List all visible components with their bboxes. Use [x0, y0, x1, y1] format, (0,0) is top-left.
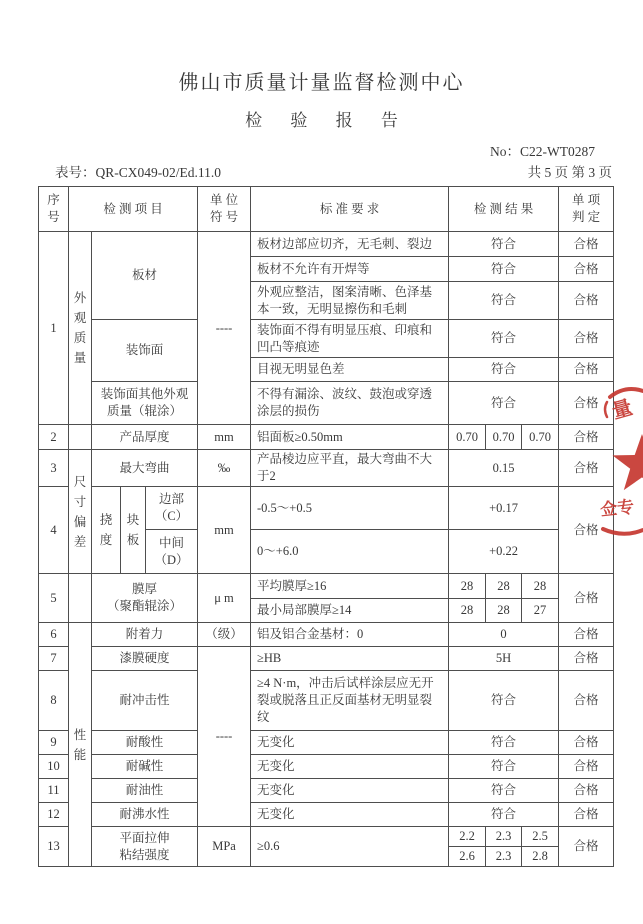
seq-cell: 9 [39, 731, 69, 755]
req-cell: 无变化 [251, 779, 449, 803]
inspection-table: 序 号 检 测 项 目 单 位 符 号 标 准 要 求 检 测 结 果 单 项 … [38, 186, 614, 867]
table-row: 装饰面 装饰面不得有明显压痕、印痕和凹凸等痕迹 符合 合格 [39, 320, 614, 358]
item-cell: 板材 [92, 232, 198, 320]
header-result: 检 测 结 果 [449, 187, 559, 232]
result-cell: 符合 [449, 358, 559, 382]
form-number: 表号：QR-CX049-02/Ed.11.0 [55, 161, 221, 181]
header-seq: 序 号 [39, 187, 69, 232]
table-row: 5 膜厚 （聚酯辊涂） μ m 平均膜厚≥16 28 28 28 合格 [39, 574, 614, 599]
group-label: 外观质量 [73, 288, 87, 368]
req-cell: 装饰面不得有明显压痕、印痕和凹凸等痕迹 [251, 320, 449, 358]
group-cell: 性能 [69, 623, 92, 867]
seq-cell: 8 [39, 671, 69, 731]
verdict-cell: 合格 [559, 803, 614, 827]
seq-cell: 12 [39, 803, 69, 827]
unit-cell: mm [198, 425, 251, 450]
unit-cell: MPa [198, 827, 251, 867]
item-cell: 最大弯曲 [92, 450, 198, 487]
result-cell: 符合 [449, 257, 559, 282]
verdict-cell: 合格 [559, 731, 614, 755]
req-cell: 无变化 [251, 803, 449, 827]
result-cell: 2.3 [486, 827, 522, 847]
seq-cell: 2 [39, 425, 69, 450]
result-cell: 0.15 [449, 450, 559, 487]
unit-cell: ---- [198, 647, 251, 827]
result-cell: 符合 [449, 671, 559, 731]
unit-cell: ‰ [198, 450, 251, 487]
verdict-cell: 合格 [559, 827, 614, 867]
result-cell: 符合 [449, 755, 559, 779]
item-cell: 中间 （D） [146, 530, 198, 574]
report-number: No：C22-WT0287 [490, 140, 595, 160]
req-cell: 无变化 [251, 755, 449, 779]
item-cell: 耐酸性 [92, 731, 198, 755]
subgroup-cell: 挠度 [92, 487, 121, 574]
result-cell: 0.70 [486, 425, 522, 450]
seal-top-arc [610, 389, 643, 397]
item-cell: 边部 （C） [146, 487, 198, 530]
unit-cell: （级） [198, 623, 251, 647]
result-cell: 2.8 [522, 847, 559, 867]
group-cell: 外观质量 [69, 232, 92, 425]
table-row: 3 尺寸偏差 最大弯曲 ‰ 产品棱边应平直，最大弯曲不大于2 0.15 合格 [39, 450, 614, 487]
table-row: 10 耐碱性 无变化 符合 合格 [39, 755, 614, 779]
result-cell: 符合 [449, 731, 559, 755]
req-cell: 板材边部应切齐，无毛刺、裂边 [251, 232, 449, 257]
header-item: 检 测 项 目 [69, 187, 198, 232]
req-cell: 外观应整洁，图案清晰、色泽基本一致，无明显擦伤和毛刺 [251, 282, 449, 320]
seq-cell: 5 [39, 574, 69, 623]
req-cell: 无变化 [251, 731, 449, 755]
verdict-cell: 合格 [559, 358, 614, 382]
subgroup-label: 挠度 [99, 510, 113, 550]
subgroup-label: 块板 [126, 510, 140, 550]
result-cell: 符合 [449, 382, 559, 425]
table-row: 7 漆膜硬度 ---- ≥HB 5H 合格 [39, 647, 614, 671]
result-cell: 0.70 [522, 425, 559, 450]
table-row: 9 耐酸性 无变化 符合 合格 [39, 731, 614, 755]
req-cell: 铝及铝合金基材：0 [251, 623, 449, 647]
verdict-cell: 合格 [559, 574, 614, 623]
report-number-label: No： [490, 144, 520, 159]
meta-row: 表号：QR-CX049-02/Ed.11.0 共 5 页 第 3 页 [55, 161, 612, 181]
verdict-cell: 合格 [559, 779, 614, 803]
verdict-cell: 合格 [559, 257, 614, 282]
report-title: 检 验 报 告 [0, 106, 643, 131]
header-req: 标 准 要 求 [251, 187, 449, 232]
req-cell: 不得有漏涂、波纹、鼓泡或穿透涂层的损伤 [251, 382, 449, 425]
item-cell: 附着力 [92, 623, 198, 647]
req-cell: 最小局部膜厚≥14 [251, 599, 449, 623]
verdict-cell: 合格 [559, 282, 614, 320]
table-row: 4 挠度 块板 边部 （C） mm -0.5～+0.5 +0.17 合格 [39, 487, 614, 530]
table-row: 2 产品厚度 mm 铝面板≥0.50mm 0.70 0.70 0.70 合格 [39, 425, 614, 450]
result-cell: 2.6 [449, 847, 486, 867]
result-cell: 2.3 [486, 847, 522, 867]
subgroup-cell: 块板 [121, 487, 146, 574]
seq-cell: 4 [39, 487, 69, 574]
req-cell: 目视无明显色差 [251, 358, 449, 382]
req-cell: 0～+6.0 [251, 530, 449, 574]
item-cell: 耐油性 [92, 779, 198, 803]
result-cell: 28 [522, 574, 559, 599]
verdict-cell: 合格 [559, 232, 614, 257]
item-cell: 耐沸水性 [92, 803, 198, 827]
org-title: 佛山市质量计量监督检测中心 [0, 66, 643, 95]
result-cell: 5H [449, 647, 559, 671]
req-cell: 平均膜厚≥16 [251, 574, 449, 599]
item-cell: 耐冲击性 [92, 671, 198, 731]
star-icon [613, 434, 643, 490]
verdict-cell: 合格 [559, 320, 614, 358]
result-cell: 符合 [449, 803, 559, 827]
result-cell: 28 [449, 599, 486, 623]
seq-cell: 10 [39, 755, 69, 779]
result-cell: 符合 [449, 320, 559, 358]
req-cell: ≥0.6 [251, 827, 449, 867]
unit-cell: ---- [198, 232, 251, 425]
result-cell: 2.5 [522, 827, 559, 847]
item-cell: 膜厚 （聚酯辊涂） [92, 574, 198, 623]
result-cell: 2.2 [449, 827, 486, 847]
unit-cell: mm [198, 487, 251, 574]
group-cell-empty [69, 574, 92, 623]
item-cell: 平面拉伸 粘结强度 [92, 827, 198, 867]
seal-arc-text-fragment [605, 402, 607, 417]
seal-top-char: 量 [609, 396, 635, 424]
group-label: 尺寸偏差 [73, 472, 87, 552]
table-row: 6 性能 附着力 （级） 铝及铝合金基材：0 0 合格 [39, 623, 614, 647]
item-cell: 产品厚度 [92, 425, 198, 450]
result-cell: +0.22 [449, 530, 559, 574]
inspection-seal: 量 佥专 [597, 383, 643, 539]
group-label: 性能 [73, 725, 87, 765]
item-cell: 装饰面其他外观 质量（辊涂） [92, 382, 198, 425]
item-cell: 漆膜硬度 [92, 647, 198, 671]
req-cell: 产品棱边应平直，最大弯曲不大于2 [251, 450, 449, 487]
seq-cell: 7 [39, 647, 69, 671]
seq-cell: 13 [39, 827, 69, 867]
table-row: 1 外观质量 板材 ---- 板材边部应切齐，无毛刺、裂边 符合 合格 [39, 232, 614, 257]
group-cell: 尺寸偏差 [69, 450, 92, 574]
seq-cell: 11 [39, 779, 69, 803]
result-cell: 28 [486, 599, 522, 623]
verdict-cell: 合格 [559, 623, 614, 647]
group-cell-empty [69, 425, 92, 450]
verdict-cell: 合格 [559, 671, 614, 731]
req-cell: 板材不允许有开焊等 [251, 257, 449, 282]
item-cell: 耐碱性 [92, 755, 198, 779]
result-cell: 符合 [449, 282, 559, 320]
header-unit: 单 位 符 号 [198, 187, 251, 232]
item-cell: 装饰面 [92, 320, 198, 382]
result-cell: 符合 [449, 232, 559, 257]
result-cell: +0.17 [449, 487, 559, 530]
result-cell: 28 [486, 574, 522, 599]
form-number-label: 表号： [55, 165, 96, 180]
result-cell: 28 [449, 574, 486, 599]
report-page: 佛山市质量计量监督检测中心 检 验 报 告 No：C22-WT0287 表号：Q… [0, 0, 643, 924]
req-cell: -0.5～+0.5 [251, 487, 449, 530]
result-cell: 0.70 [449, 425, 486, 450]
result-cell: 符合 [449, 779, 559, 803]
req-cell: ≥4 N·m，冲击后试样涂层应无开裂或脱落且正反面基材无明显裂纹 [251, 671, 449, 731]
result-cell: 0 [449, 623, 559, 647]
req-cell: 铝面板≥0.50mm [251, 425, 449, 450]
table-row: 8 耐冲击性 ≥4 N·m，冲击后试样涂层应无开裂或脱落且正反面基材无明显裂纹 … [39, 671, 614, 731]
verdict-cell: 合格 [559, 755, 614, 779]
page-info: 共 5 页 第 3 页 [528, 161, 612, 181]
table-header-row: 序 号 检 测 项 目 单 位 符 号 标 准 要 求 检 测 结 果 单 项 … [39, 187, 614, 232]
table-row: 装饰面其他外观 质量（辊涂） 不得有漏涂、波纹、鼓泡或穿透涂层的损伤 符合 合格 [39, 382, 614, 425]
form-number-value: QR-CX049-02/Ed.11.0 [96, 165, 222, 180]
table-row: 13 平面拉伸 粘结强度 MPa ≥0.6 2.2 2.3 2.5 合格 [39, 827, 614, 847]
seq-cell: 3 [39, 450, 69, 487]
seal-bottom-arc [603, 529, 643, 534]
verdict-cell: 合格 [559, 647, 614, 671]
header-verdict: 单 项 判 定 [559, 187, 614, 232]
table-row: 12 耐沸水性 无变化 符合 合格 [39, 803, 614, 827]
unit-cell: μ m [198, 574, 251, 623]
req-cell: ≥HB [251, 647, 449, 671]
seq-cell: 6 [39, 623, 69, 647]
result-cell: 27 [522, 599, 559, 623]
seq-cell: 1 [39, 232, 69, 425]
seal-bottom-chars: 佥专 [599, 496, 635, 519]
table-row: 11 耐油性 无变化 符合 合格 [39, 779, 614, 803]
report-number-value: C22-WT0287 [520, 144, 595, 159]
